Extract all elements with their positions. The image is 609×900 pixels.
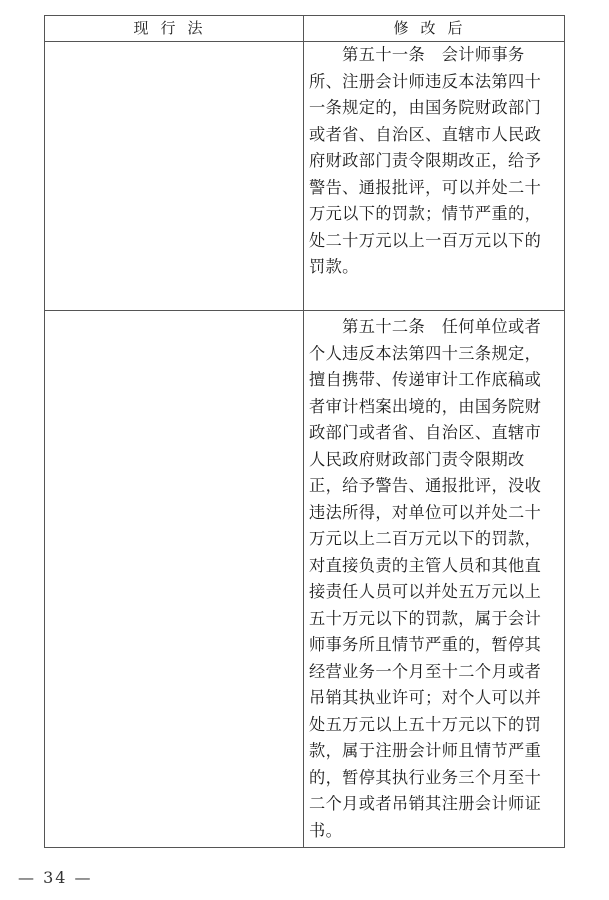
text-line: 二个月或者吊销其注册会计师证 bbox=[309, 791, 561, 818]
text-line: 一条规定的，由国务院财政部门 bbox=[309, 95, 561, 122]
article-51-amended: 第五十一条 会计师事务 所、注册会计师违反本法第四十 一条规定的，由国务院财政部… bbox=[309, 42, 561, 281]
text-line: 违法所得，对单位可以并处二十 bbox=[309, 500, 561, 527]
comparison-table: 现行法 修改后 第五十一条 会计师事务 所、注册会计师违反本法第四十 一条规定的… bbox=[44, 15, 565, 848]
row-divider bbox=[45, 310, 564, 311]
article-52-amended: 第五十二条 任何单位或者 个人违反本法第四十三条规定， 擅自携带、传递审计工作底… bbox=[309, 314, 561, 844]
text-line: 第五十一条 会计师事务 bbox=[309, 42, 561, 69]
text-line: 的，暂停其执行业务三个月至十 bbox=[309, 765, 561, 792]
text-line: 个人违反本法第四十三条规定， bbox=[309, 341, 561, 368]
text-line: 所、注册会计师违反本法第四十 bbox=[309, 69, 561, 96]
header-current-law: 现行法 bbox=[45, 16, 303, 40]
text-line: 接责任人员可以并处五万元以上 bbox=[309, 579, 561, 606]
text-line: 或者省、自治区、直辖市人民政 bbox=[309, 122, 561, 149]
text-line: 罚款。 bbox=[309, 254, 561, 281]
text-line: 书。 bbox=[309, 818, 561, 845]
page-number: — 34 — bbox=[18, 868, 93, 887]
text-line: 师事务所且情节严重的，暂停其 bbox=[309, 632, 561, 659]
text-line: 处二十万元以上一百万元以下的 bbox=[309, 228, 561, 255]
text-line: 府财政部门责令限期改正，给予 bbox=[309, 148, 561, 175]
text-line: 款，属于注册会计师且情节严重 bbox=[309, 738, 561, 765]
text-line: 第五十二条 任何单位或者 bbox=[309, 314, 561, 341]
text-line: 吊销其执业许可；对个人可以并 bbox=[309, 685, 561, 712]
text-line: 人民政府财政部门责令限期改 bbox=[309, 447, 561, 474]
text-line: 经营业务一个月至十二个月或者 bbox=[309, 659, 561, 686]
text-line: 五十万元以下的罚款，属于会计 bbox=[309, 606, 561, 633]
text-line: 者审计档案出境的，由国务院财 bbox=[309, 394, 561, 421]
table-header: 现行法 修改后 bbox=[45, 16, 564, 42]
text-line: 处五万元以上五十万元以下的罚 bbox=[309, 712, 561, 739]
header-amended: 修改后 bbox=[304, 16, 564, 40]
text-line: 对直接负责的主管人员和其他直 bbox=[309, 553, 561, 580]
text-line: 警告、通报批评，可以并处二十 bbox=[309, 175, 561, 202]
text-line: 万元以下的罚款；情节严重的， bbox=[309, 201, 561, 228]
text-line: 政部门或者省、自治区、直辖市 bbox=[309, 420, 561, 447]
column-divider bbox=[303, 16, 304, 847]
text-line: 擅自携带、传递审计工作底稿或 bbox=[309, 367, 561, 394]
text-line: 正，给予警告、通报批评，没收 bbox=[309, 473, 561, 500]
text-line: 万元以上二百万元以下的罚款， bbox=[309, 526, 561, 553]
